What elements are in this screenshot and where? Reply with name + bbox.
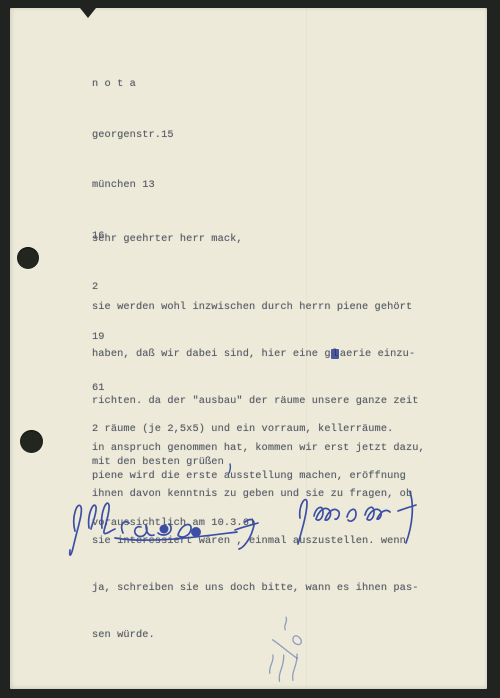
letterhead-line-city: münchen 13 <box>92 177 174 194</box>
typed-line: piene wird die erste ausstellung machen,… <box>92 469 406 485</box>
punch-hole-top <box>17 247 39 269</box>
paper-sheet: n o t a georgenstr.15 münchen 13 16 2 19… <box>10 8 487 689</box>
signature-left-ink <box>65 486 260 571</box>
letterhead-line-name: n o t a <box>92 76 174 93</box>
typed-line-pre: haben, daß wir dabei sind, hier eine g <box>92 348 331 360</box>
closing-line: mit den besten grüßen <box>92 455 224 471</box>
letterhead-line-street: georgenstr.15 <box>92 127 174 144</box>
salutation-line: sehr geehrter herr mack, <box>92 232 243 248</box>
typed-line-post: aerie einzu- <box>340 348 415 360</box>
scan-background: n o t a georgenstr.15 münchen 13 16 2 19… <box>0 0 500 698</box>
signature-right-ink <box>292 486 427 551</box>
handwritten-note-ink <box>245 606 345 696</box>
ink-tick-mark <box>226 463 234 475</box>
typed-line-with-correction: haben, daß wir dabei sind, hier eine gla… <box>92 347 425 363</box>
typed-line: ja, schreiben sie uns doch bitte, wann e… <box>92 581 425 597</box>
typed-line: 2 räume (je 2,5x5) und ein vorraum, kell… <box>92 422 406 438</box>
correction-blot: l <box>331 349 339 359</box>
punch-hole-bottom <box>20 430 43 453</box>
typed-line: sie werden wohl inzwischen durch herrn p… <box>92 300 425 316</box>
top-edge-notch <box>80 8 96 18</box>
